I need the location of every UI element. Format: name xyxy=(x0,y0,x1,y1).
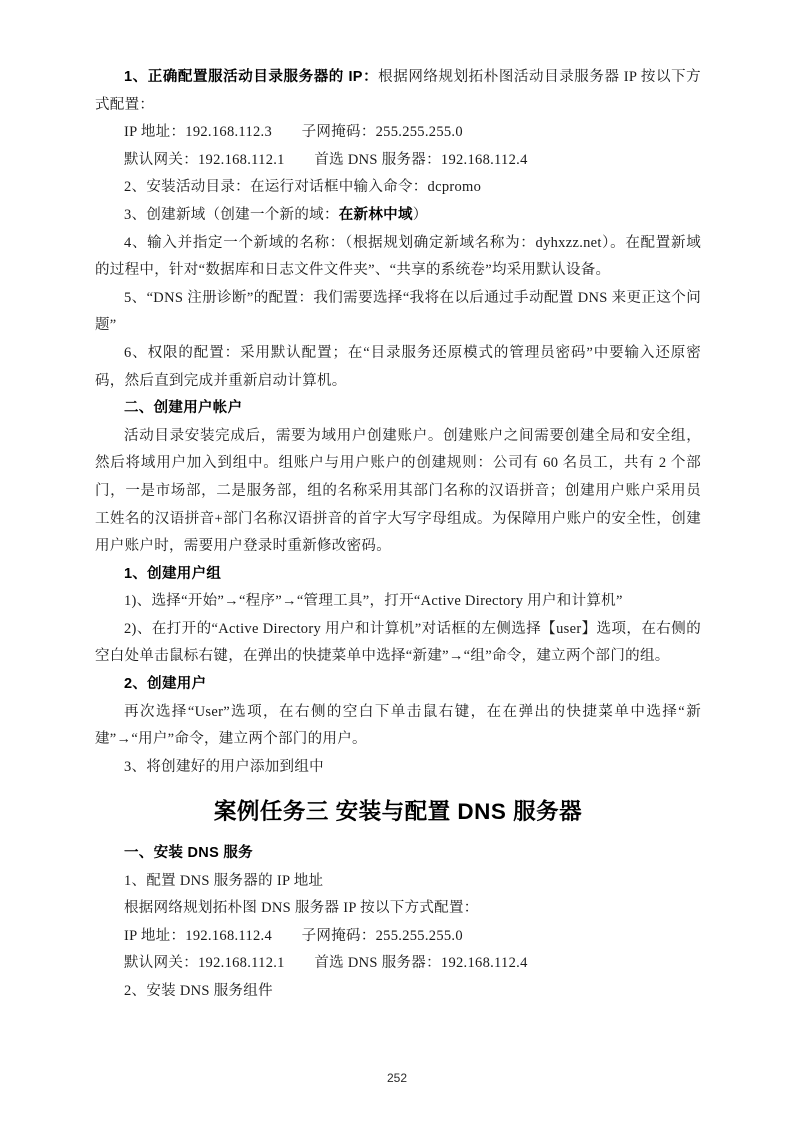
heading-create-user: 2、创建用户 xyxy=(95,671,701,699)
text-run: 3、创建新域（创建一个新的域： xyxy=(124,207,339,223)
paragraph-step2-install-ad: 2、安装活动目录：在运行对话框中输入命令：dcpromo xyxy=(95,174,701,202)
paragraph-dns-ip-intro: 根据网络规划拓朴图 DNS 服务器 IP 按以下方式配置： xyxy=(95,895,701,923)
text-run: ） xyxy=(413,207,428,223)
document-page: 1、正确配置服活动目录服务器的 IP：根据网络规划拓朴图活动目录服务器 IP 按… xyxy=(0,0,794,1123)
document-body: 1、正确配置服活动目录服务器的 IP：根据网络规划拓朴图活动目录服务器 IP 按… xyxy=(95,64,701,1006)
paragraph-add-user-to-group: 3、将创建好的用户添加到组中 xyxy=(95,754,701,782)
paragraph-dns-gateway-line: 默认网关：192.168.112.1 首选 DNS 服务器：192.168.11… xyxy=(95,950,701,978)
bold-run: 在新林中域 xyxy=(339,207,413,223)
paragraph-step1-ad-ip: 1、正确配置服活动目录服务器的 IP：根据网络规划拓朴图活动目录服务器 IP 按… xyxy=(95,64,701,119)
paragraph-group-step1: 1)、选择“开始”→“程序”→“管理工具”，打开“Active Director… xyxy=(95,588,701,616)
heading-create-user-account: 二、创建用户帐户 xyxy=(95,395,701,423)
section-heading-case-task-3: 案例任务三 安装与配置 DNS 服务器 xyxy=(95,796,701,829)
paragraph-dns-ip-line: IP 地址：192.168.112.4 子网掩码：255.255.255.0 xyxy=(95,923,701,951)
paragraph-step6-permissions: 6、权限的配置：采用默认配置；在“目录服务还原模式的管理员密码”中要输入还原密码… xyxy=(95,340,701,395)
heading-create-user-group: 1、创建用户组 xyxy=(95,561,701,589)
paragraph-dns-step1: 1、配置 DNS 服务器的 IP 地址 xyxy=(95,868,701,896)
paragraph-step3-new-domain: 3、创建新域（创建一个新的域：在新林中域） xyxy=(95,202,701,230)
paragraph-ad-gateway-line: 默认网关：192.168.112.1 首选 DNS 服务器：192.168.11… xyxy=(95,147,701,175)
paragraph-step4-domain-name: 4、输入并指定一个新域的名称：（根据规划确定新域名称为：dyhxzz.net）。… xyxy=(95,230,701,285)
paragraph-ad-ip-line: IP 地址：192.168.112.3 子网掩码：255.255.255.0 xyxy=(95,119,701,147)
paragraph-user-account-intro: 活动目录安装完成后，需要为域用户创建账户。创建账户之间需要创建全局和安全组，然后… xyxy=(95,423,701,561)
bold-run: 1、正确配置服活动目录服务器的 IP： xyxy=(124,69,378,85)
paragraph-group-step2: 2)、在打开的“Active Directory 用户和计算机”对话框的左侧选择… xyxy=(95,616,701,671)
page-number: 252 xyxy=(0,1071,794,1085)
heading-install-dns-service: 一、安装 DNS 服务 xyxy=(95,840,701,868)
paragraph-create-user-step: 再次选择“User”选项，在右侧的空白下单击鼠右键，在在弹出的快捷菜单中选择“新… xyxy=(95,699,701,754)
paragraph-dns-step2: 2、安装 DNS 服务组件 xyxy=(95,978,701,1006)
paragraph-step5-dns-diagnosis: 5、“DNS 注册诊断”的配置：我们需要选择“我将在以后通过手动配置 DNS 来… xyxy=(95,285,701,340)
